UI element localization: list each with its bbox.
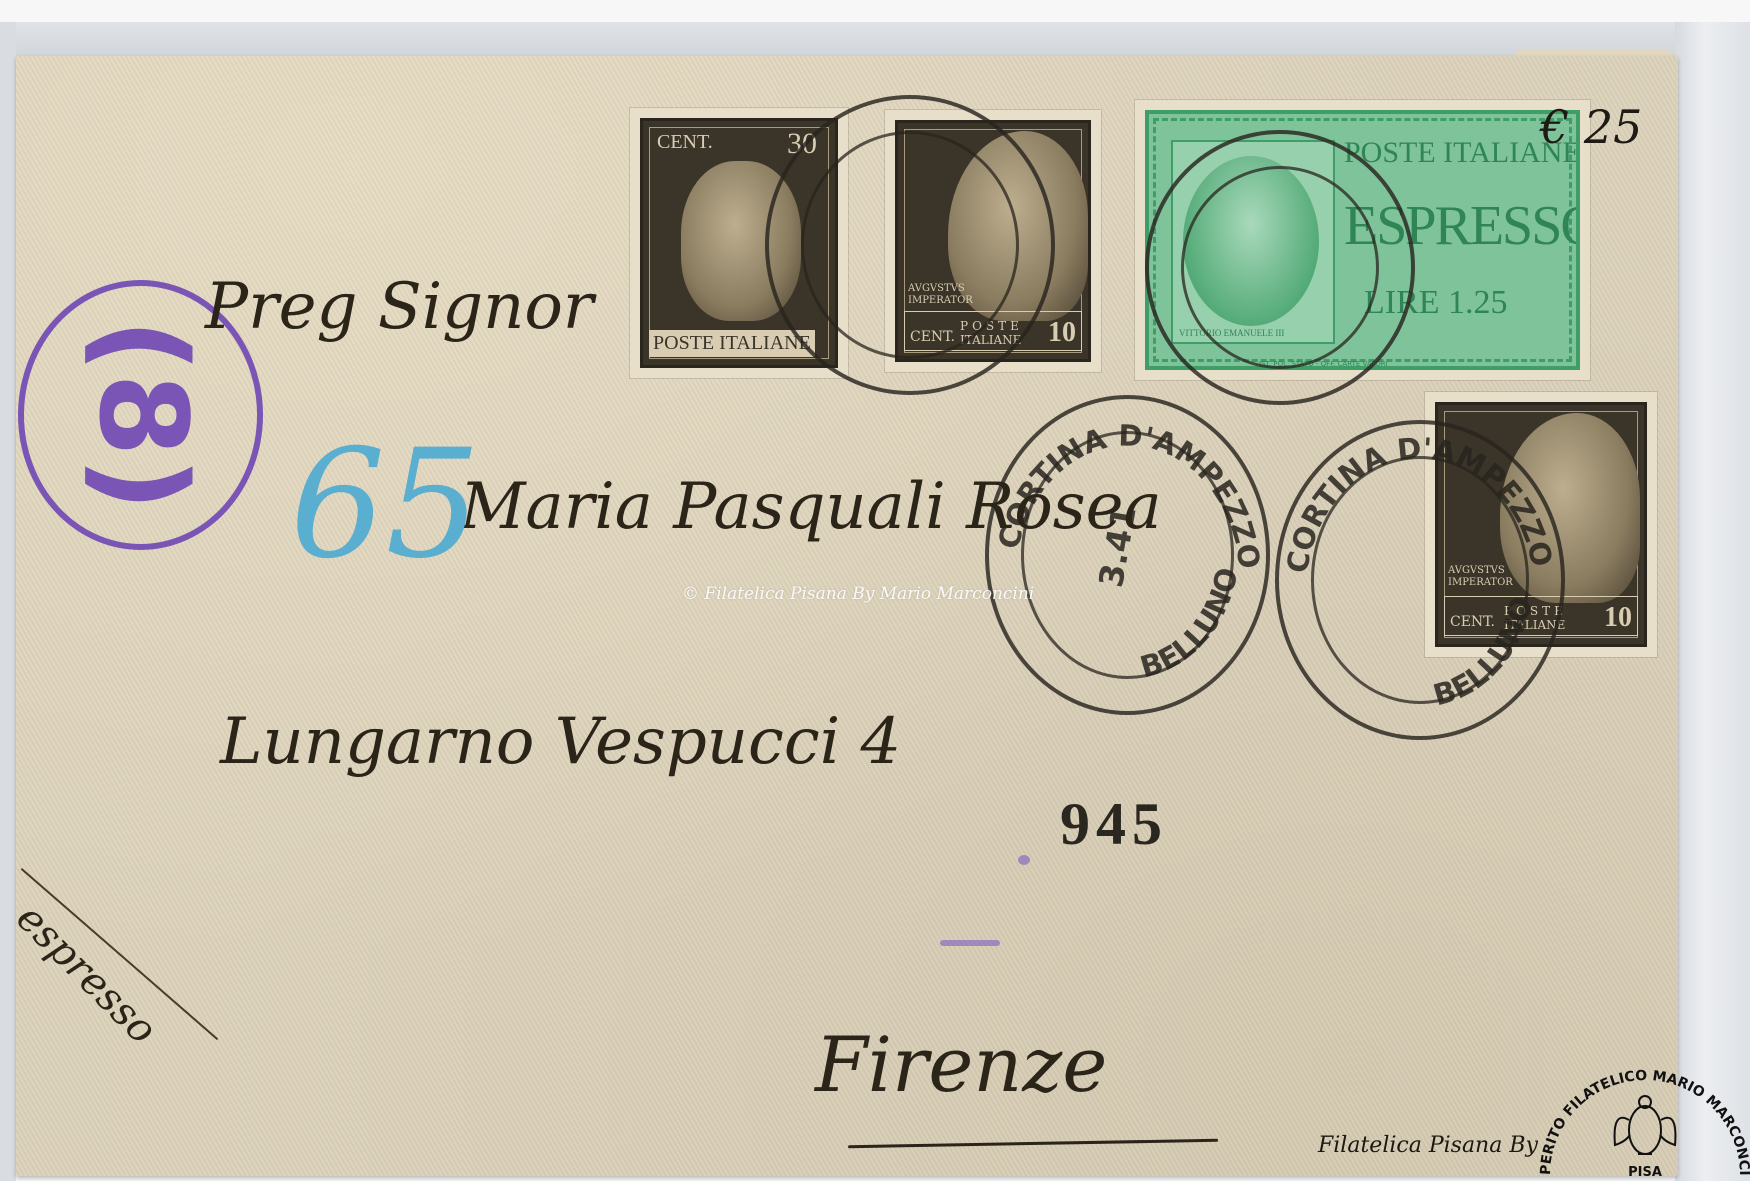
address-salutation: Preg Signor — [205, 270, 593, 344]
registration-number: 945 — [1060, 790, 1168, 859]
dealer-signature: Filatelica Pisana By — [1318, 1133, 1538, 1158]
blue-crayon-mark: 65 — [290, 430, 481, 580]
album-page-top — [0, 0, 1750, 23]
ink-speck — [940, 940, 1000, 946]
address-city: Firenze — [815, 1020, 1107, 1109]
postmark-top — [765, 95, 1055, 395]
stamp-value: 10 — [1604, 602, 1632, 634]
svg-text:BELLUNO: BELLUNO — [1429, 593, 1539, 712]
postmark-right: CORTINA D'AMPEZZO BELLUNO — [1275, 420, 1565, 740]
postmark-espresso — [1145, 130, 1415, 405]
stamp-bottom-label: POSTE ITALIANE — [649, 330, 815, 357]
ink-speck — [1018, 855, 1030, 865]
stamp-value: 10 — [1048, 317, 1076, 349]
address-name: Maria Pasquali Rosea — [460, 470, 1162, 544]
svg-text:BELLUNO: BELLUNO — [1136, 564, 1245, 684]
watermark: © Filatelica Pisana By Mario Marconcini — [682, 584, 1034, 604]
album-right-strip — [1675, 22, 1750, 1181]
postmark-center: CORTINA D'AMPEZZO BELLUNO 3.41 — [985, 395, 1270, 715]
eagle-icon — [1615, 1096, 1676, 1154]
svg-text:PISA: PISA — [1628, 1165, 1662, 1180]
album-left-edge — [0, 22, 16, 1181]
stamp-denomination-prefix: CENT. — [657, 131, 713, 154]
svg-text:CORTINA D'AMPEZZO: CORTINA D'AMPEZZO — [1280, 431, 1559, 576]
expert-stamp: PERITO FILATELICO MARIO MARCONCINI PISA — [1540, 1050, 1750, 1181]
censor-number: (8) — [81, 318, 201, 511]
price-note: € 25 — [1540, 100, 1642, 154]
address-street: Lungarno Vespucci 4 — [220, 705, 901, 779]
